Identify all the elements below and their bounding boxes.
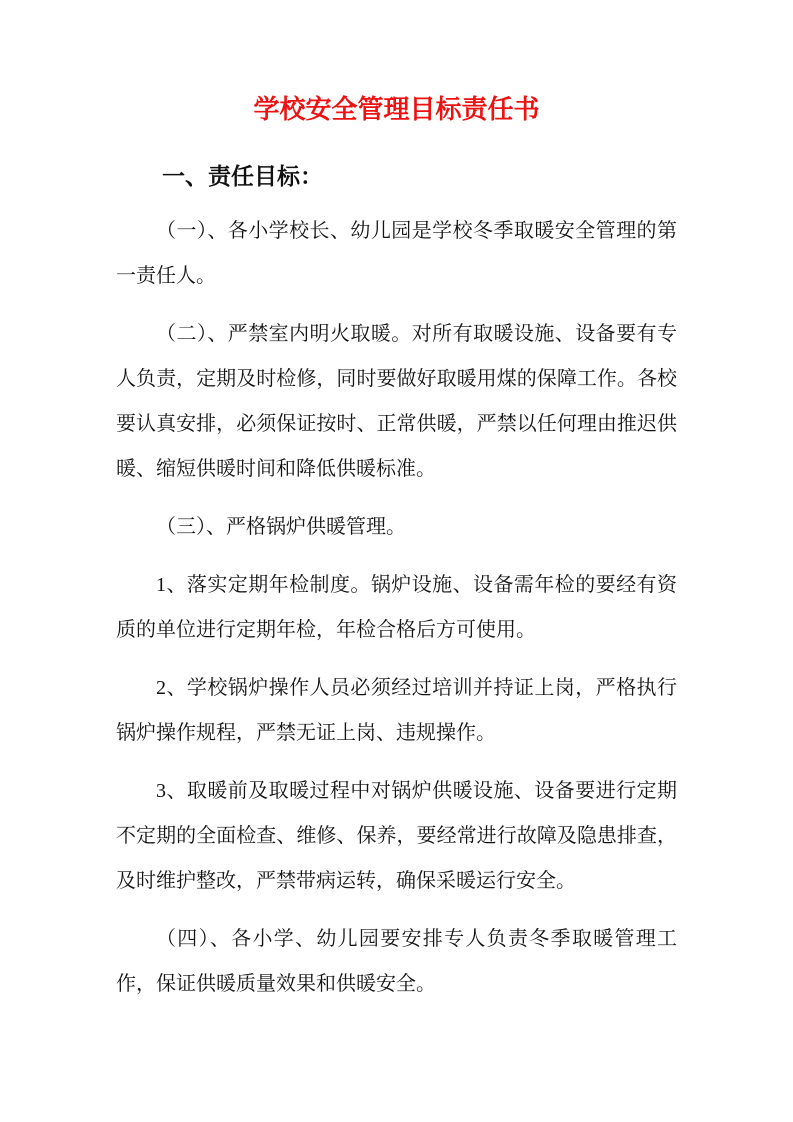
section-heading: 一、责任目标：	[116, 154, 677, 199]
paragraph-6: 3、取暖前及取暖过程中对锅炉供暖设施、设备要进行定期不定期的全面检查、维修、保养…	[116, 769, 677, 904]
paragraph-4: 1、落实定期年检制度。锅炉设施、设备需年检的要经有资质的单位进行定期年检，年检合…	[116, 563, 677, 653]
paragraph-3: （三）、严格锅炉供暖管理。	[116, 505, 677, 550]
document-title: 学校安全管理目标责任书	[116, 90, 677, 130]
paragraph-7: （四）、各小学、幼儿园要安排专人负责冬季取暖管理工作，保证供暖质量效果和供暖安全…	[116, 917, 677, 1007]
paragraph-2: （二）、严禁室内明火取暖。对所有取暖设施、设备要有专人负责，定期及时检修，同时要…	[116, 312, 677, 492]
document-page: 学校安全管理目标责任书 一、责任目标： （一）、各小学校长、幼儿园是学校冬季取暖…	[0, 0, 793, 1122]
paragraph-1: （一）、各小学校长、幼儿园是学校冬季取暖安全管理的第一责任人。	[116, 209, 677, 299]
paragraph-5: 2、学校锅炉操作人员必须经过培训并持证上岗，严格执行锅炉操作规程，严禁无证上岗、…	[116, 666, 677, 756]
